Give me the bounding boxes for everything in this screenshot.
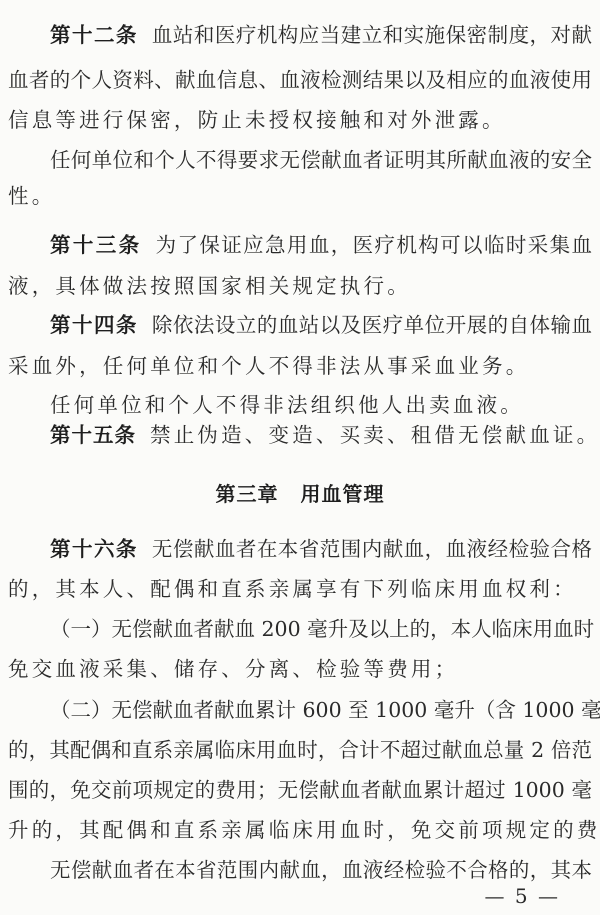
article-12-para-2-line-2: 性。 <box>8 184 592 208</box>
item-2-line-3: 围的，免交前项规定的费用；无偿献血者献血累计超过 1000 毫 <box>8 778 592 802</box>
article-13-line-2: 液，具体做法按照国家相关规定执行。 <box>8 274 592 298</box>
last-para-line-1: 无偿献血者在本省范围内献血，血液经检验不合格的，其本 <box>50 858 592 882</box>
article-12-line-2: 血者的个人资料、献血信息、血液检测结果以及相应的血液使用 <box>8 68 592 92</box>
article-12-line-3: 信息等进行保密，防止未授权接触和对外泄露。 <box>8 108 592 132</box>
text: 禁止伪造、变造、买卖、租借无偿献血证。 <box>150 423 600 447</box>
article-label: 第十三条 <box>50 233 142 257</box>
item-2-line-4: 升的，其配偶和直系亲属临床用血时，免交前项规定的费用。 <box>8 818 592 842</box>
text: 血站和医疗机构应当建立和实施保密制度，对献 <box>152 23 592 47</box>
text: 除依法设立的血站以及医疗单位开展的自体输血 <box>152 313 592 337</box>
article-12-line-1: 第十二条血站和医疗机构应当建立和实施保密制度，对献 <box>50 23 592 47</box>
article-14-para-2-line-1: 任何单位和个人不得非法组织他人出卖血液。 <box>50 393 592 417</box>
chapter-heading: 第三章用血管理 <box>0 478 600 507</box>
chapter-number: 第三章 <box>216 482 279 506</box>
article-16-line-2: 的，其本人、配偶和直系亲属享有下列临床用血权利： <box>8 577 592 601</box>
item-2-line-2: 的，其配偶和直系亲属临床用血时，合计不超过献血总量 2 倍范 <box>8 738 592 762</box>
chapter-title: 用血管理 <box>301 482 385 506</box>
article-14-line-2: 采血外，任何单位和个人不得非法从事采血业务。 <box>8 354 592 378</box>
article-label: 第十五条 <box>50 423 136 447</box>
page-number: — 5 — <box>485 884 560 908</box>
article-16-line-1: 第十六条无偿献血者在本省范围内献血，血液经检验合格 <box>50 537 592 561</box>
item-1-line-1: （一）无偿献血者献血 200 毫升及以上的，本人临床用血时 <box>50 617 592 641</box>
article-12-para-2-line-1: 任何单位和个人不得要求无偿献血者证明其所献血液的安全 <box>50 148 592 172</box>
item-1-line-2: 免交血液采集、储存、分离、检验等费用； <box>8 657 592 681</box>
article-13-line-1: 第十三条为了保证应急用血，医疗机构可以临时采集血 <box>50 233 592 257</box>
article-15-line-1: 第十五条禁止伪造、变造、买卖、租借无偿献血证。 <box>50 423 592 447</box>
article-label: 第十四条 <box>50 313 138 337</box>
article-label: 第十二条 <box>50 23 138 47</box>
article-14-line-1: 第十四条除依法设立的血站以及医疗单位开展的自体输血 <box>50 313 592 337</box>
text: 无偿献血者在本省范围内献血，血液经检验合格 <box>152 537 592 561</box>
text: 为了保证应急用血，医疗机构可以临时采集血 <box>156 233 592 257</box>
item-2-line-1: （二）无偿献血者献血累计 600 至 1000 毫升（含 1000 毫升） <box>50 698 592 722</box>
article-label: 第十六条 <box>50 537 138 561</box>
